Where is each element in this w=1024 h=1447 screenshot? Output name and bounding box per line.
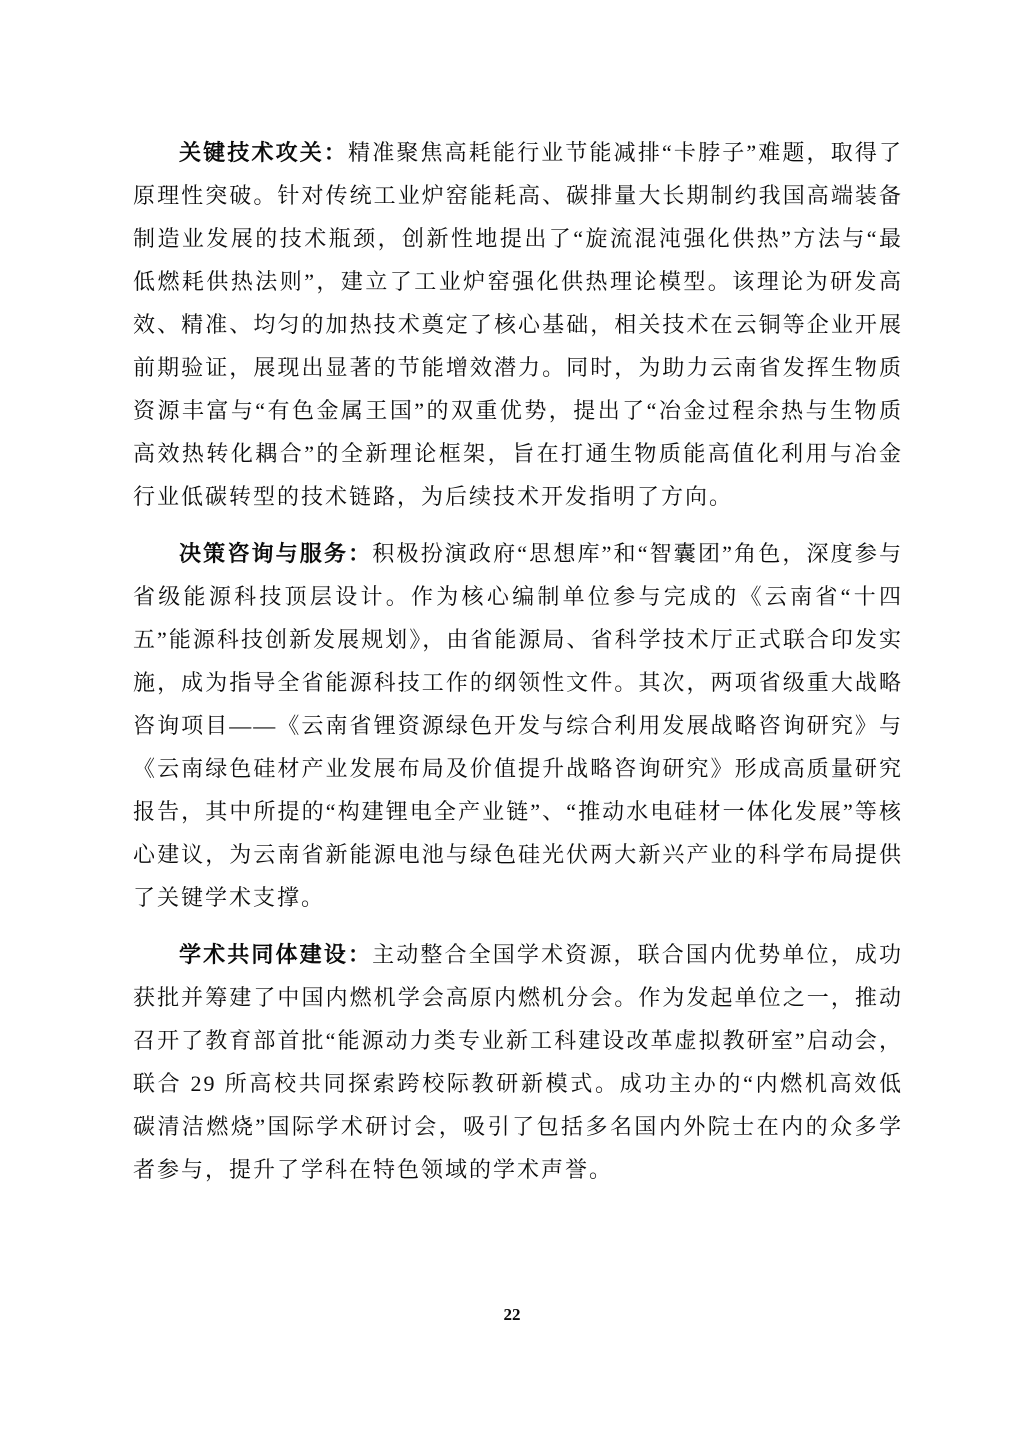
paragraph-text: 积极扮演政府“思想库”和“智囊团”角色，深度参与省级能源科技顶层设计。作为核心编…	[133, 541, 903, 910]
paragraph-lead: 学术共同体建设：	[179, 942, 372, 967]
page-number: 22	[0, 1305, 1024, 1325]
paragraph-key-technology: 关键技术攻关：精准聚焦高耗能行业节能减排“卡脖子”难题，取得了原理性突破。针对传…	[133, 131, 903, 518]
paragraph-academic-community: 学术共同体建设：主动整合全国学术资源，联合国内优势单位，成功获批并筹建了中国内燃…	[133, 933, 903, 1191]
paragraph-text: 精准聚焦高耗能行业节能减排“卡脖子”难题，取得了原理性突破。针对传统工业炉窑能耗…	[133, 140, 903, 509]
paragraph-lead: 关键技术攻关：	[179, 140, 348, 165]
paragraph-decision-consulting: 决策咨询与服务：积极扮演政府“思想库”和“智囊团”角色，深度参与省级能源科技顶层…	[133, 532, 903, 919]
document-body: 关键技术攻关：精准聚焦高耗能行业节能减排“卡脖子”难题，取得了原理性突破。针对传…	[133, 131, 903, 1191]
paragraph-text: 主动整合全国学术资源，联合国内优势单位，成功获批并筹建了中国内燃机学会高原内燃机…	[133, 942, 903, 1182]
paragraph-lead: 决策咨询与服务：	[179, 541, 372, 566]
